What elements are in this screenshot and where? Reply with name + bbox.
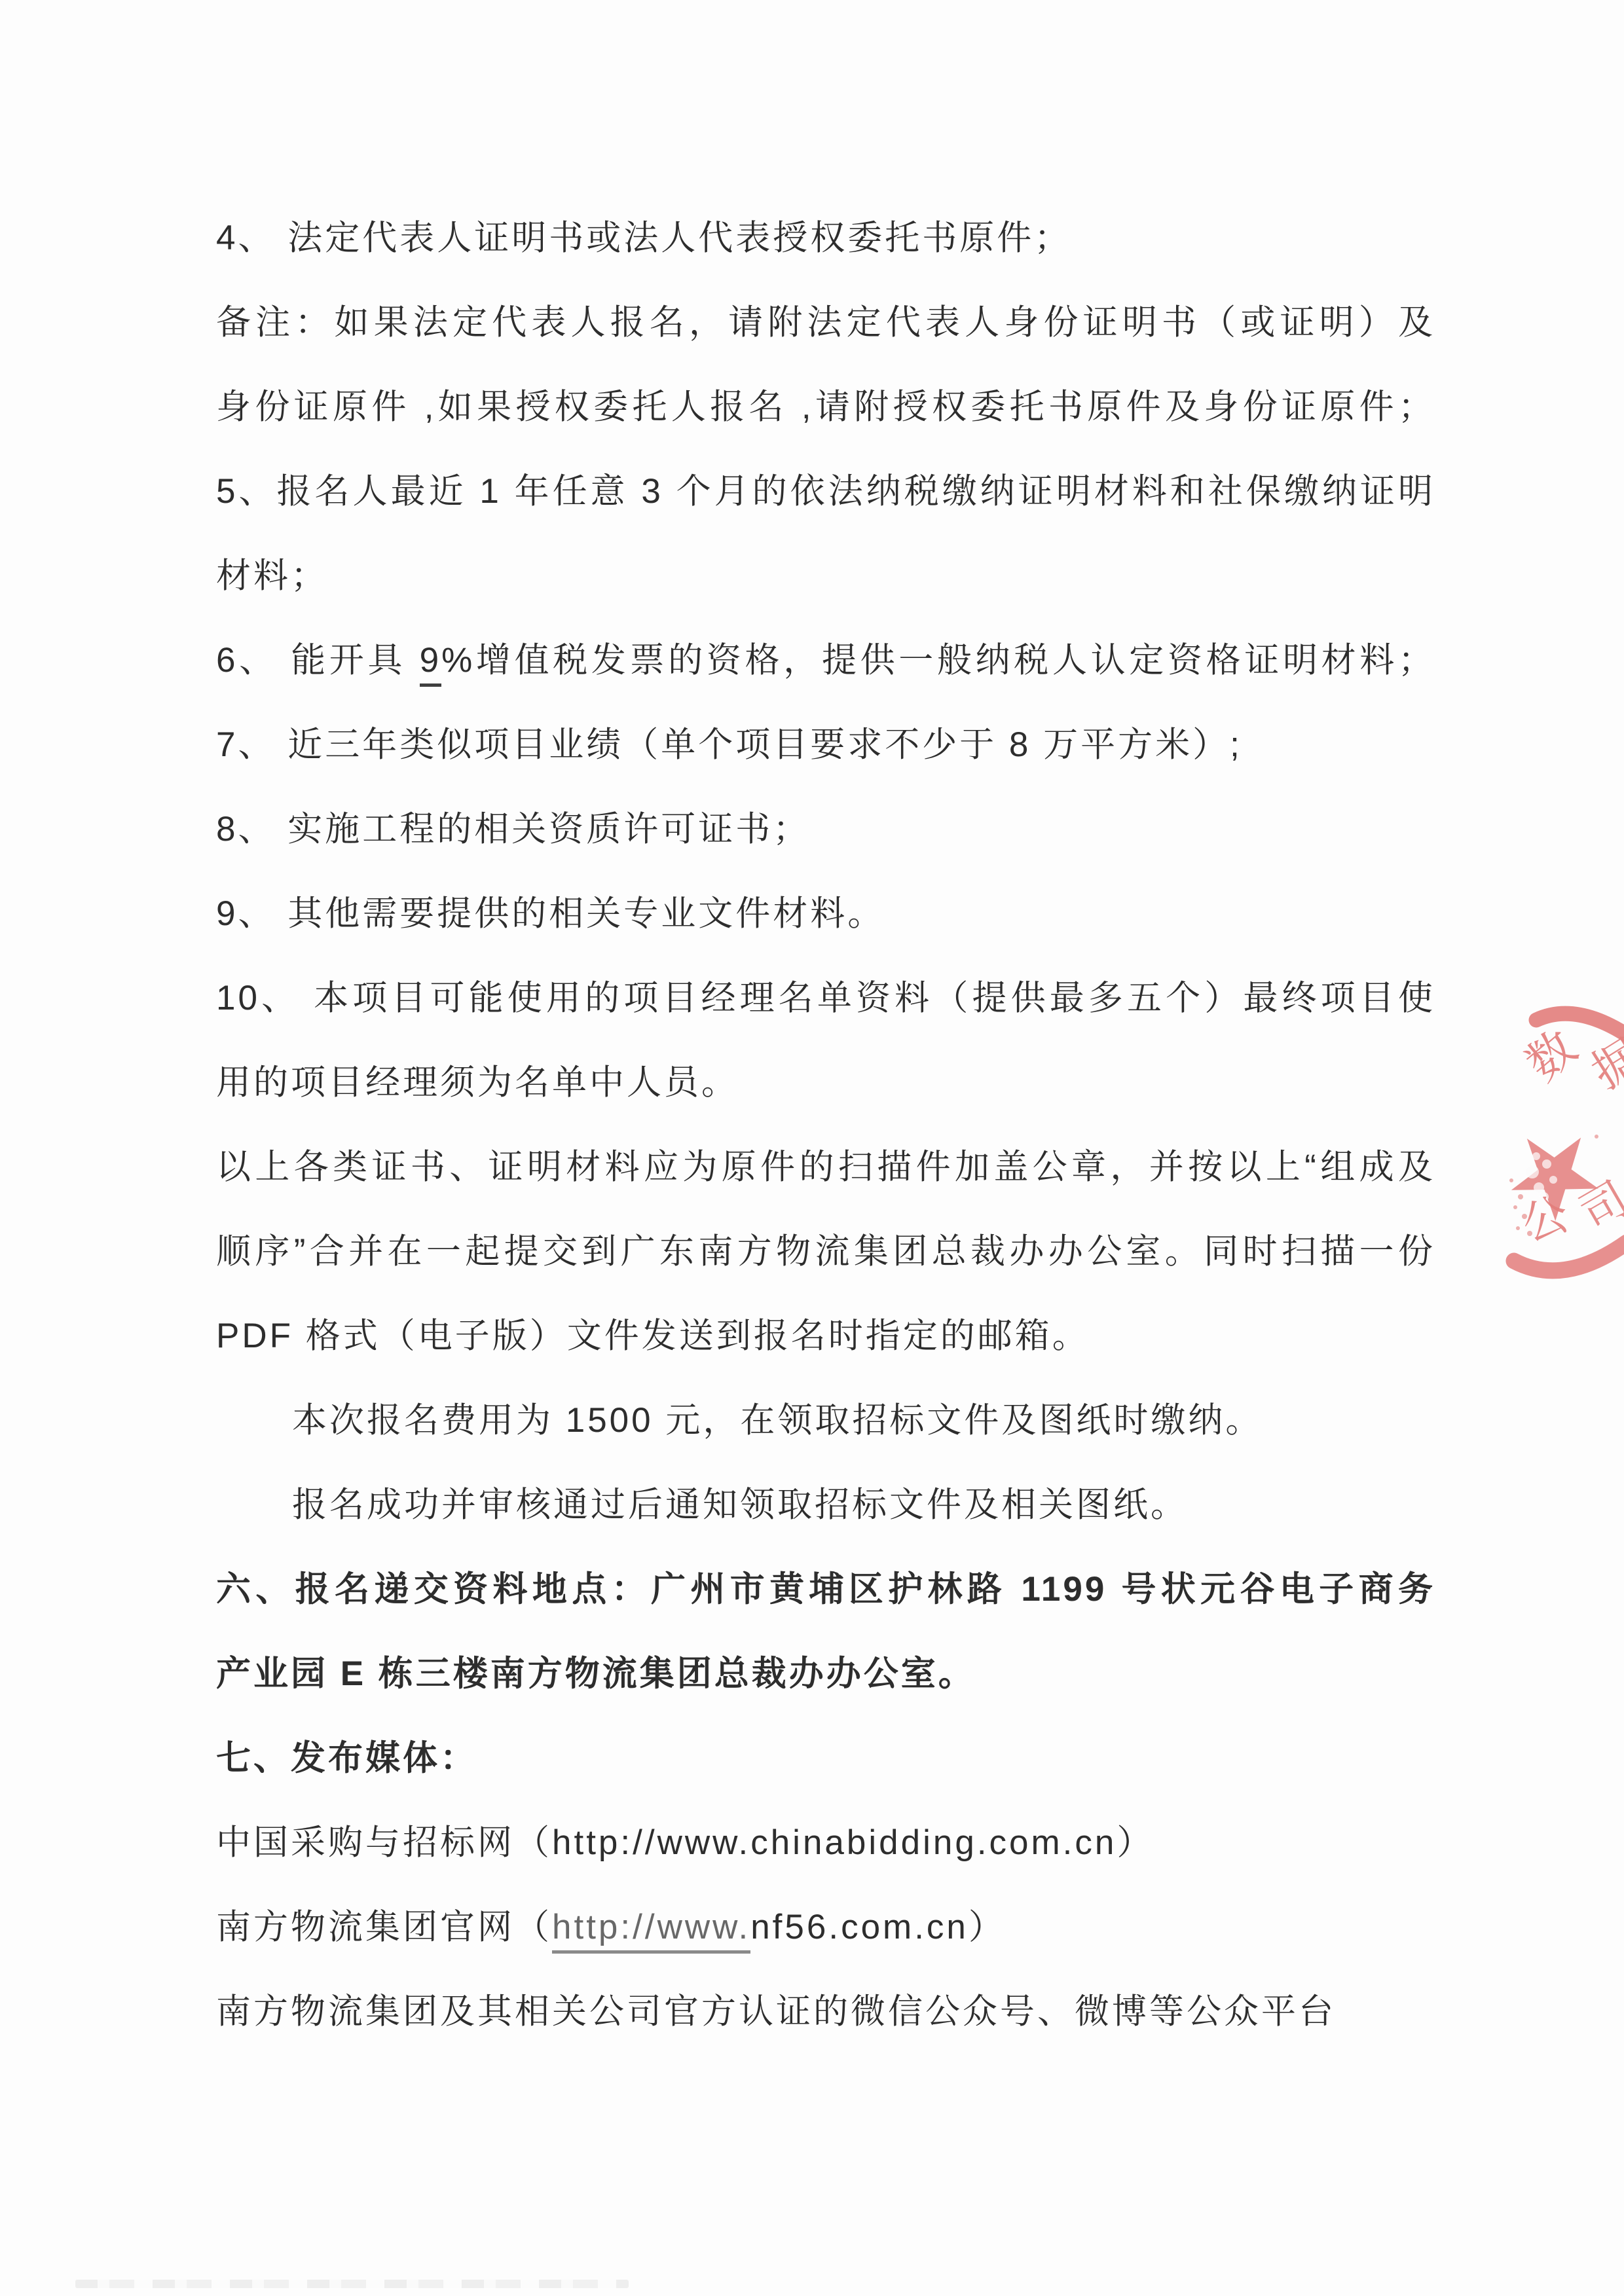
text-line: 4、 法定代表人证明书或法人代表授权委托书原件；: [216, 196, 1435, 280]
text-line: 9、 其他需要提供的相关专业文件材料。: [216, 871, 1435, 956]
text-line: 5、报名人最近 1 年任意 3 个月的依法纳税缴纳证明材料和社保缴纳证明: [216, 449, 1435, 534]
text-line: 报名成功并审核通过后通知领取招标文件及相关图纸。: [216, 1463, 1435, 1547]
text-segment: 5、报名人最近 1 年任意 3 个月的依法纳税缴纳证明材料和社保缴纳证明: [216, 472, 1435, 511]
text-line: 南方物流集团及其相关公司官方认证的微信公众号、微博等公众平台: [216, 1969, 1435, 2054]
text-segment: 身份证原件 ,如果授权委托人报名 ,请附授权委托书原件及身份证原件；: [216, 388, 1435, 426]
text-line: 8、 实施工程的相关资质许可证书；: [216, 787, 1435, 871]
text-segment: 六、报名递交资料地点：广州市黄埔区护林路 1199 号状元谷电子商务: [216, 1570, 1435, 1609]
text-segment: 顺序”合并在一起提交到广东南方物流集团总裁办办公室。同时扫描一份: [216, 1232, 1435, 1271]
text-segment: PDF 格式（电子版）文件发送到报名时指定的邮箱。: [216, 1317, 1090, 1355]
text-segment: 9、 其他需要提供的相关专业文件材料。: [216, 894, 885, 933]
text-segment: 4、 法定代表人证明书或法人代表授权委托书原件；: [216, 219, 1071, 257]
text-line: 顺序”合并在一起提交到广东南方物流集团总裁办办公室。同时扫描一份: [216, 1209, 1435, 1294]
text-line: 六、报名递交资料地点：广州市黄埔区护林路 1199 号状元谷电子商务: [216, 1547, 1435, 1631]
text-segment: 中国采购与招标网（http://www.chinabidding.com.cn）: [216, 1823, 1154, 1862]
text-line: 以上各类证书、证明材料应为原件的扫描件加盖公章，并按以上“组成及: [216, 1125, 1435, 1209]
text-line: 备注：如果法定代表人报名，请附法定代表人身份证明书（或证明）及: [216, 280, 1435, 365]
scan-edge-artifact: [75, 2280, 629, 2288]
text-line: PDF 格式（电子版）文件发送到报名时指定的邮箱。: [216, 1294, 1435, 1378]
text-segment: 8、 实施工程的相关资质许可证书；: [216, 810, 810, 848]
text-segment: 用的项目经理须为名单中人员。: [216, 1063, 739, 1102]
text-segment: %增值税发票的资格，提供一般纳税人认定资格证明材料；: [441, 641, 1435, 680]
text-segment: nf56.com.cn）: [750, 1908, 1006, 1946]
text-segment: 备注：如果法定代表人报名，请附法定代表人身份证明书（或证明）及: [216, 303, 1435, 342]
seal-character-bottom: 公: [1515, 1188, 1575, 1250]
text-segment: 本次报名费用为 1500 元，在领取招标文件及图纸时缴纳。: [292, 1401, 1263, 1440]
text-segment: 以上各类证书、证明材料应为原件的扫描件加盖公章，并按以上“组成及: [216, 1148, 1435, 1186]
underlined-text: 9: [420, 641, 441, 687]
text-segment: 7、 近三年类似项目业绩（单个项目要求不少于 8 万平方米）;: [216, 725, 1242, 764]
text-segment: 南方物流集团及其相关公司官方认证的微信公众号、微博等公众平台: [216, 1992, 1336, 2031]
text-line: 7、 近三年类似项目业绩（单个项目要求不少于 8 万平方米）;: [216, 702, 1435, 787]
text-segment: 南方物流集团官网（: [216, 1908, 552, 1946]
text-line: 6、 能开具 9%增值税发票的资格，提供一般纳税人认定资格证明材料；: [216, 618, 1435, 702]
text-segment: 10、 本项目可能使用的项目经理名单资料（提供最多五个）最终项目使: [216, 979, 1435, 1017]
text-line: 10、 本项目可能使用的项目经理名单资料（提供最多五个）最终项目使: [216, 956, 1435, 1040]
text-line: 七、发布媒体：: [216, 1716, 1435, 1800]
text-segment: 七、发布媒体：: [216, 1739, 477, 1777]
text-segment: 材料；: [216, 556, 328, 595]
text-line: 本次报名费用为 1500 元，在领取招标文件及图纸时缴纳。: [216, 1378, 1435, 1463]
text-segment: 6、 能开具: [216, 641, 420, 680]
text-segment: 报名成功并审核通过后通知领取招标文件及相关图纸。: [292, 1485, 1188, 1524]
hyperlink[interactable]: http://www.: [552, 1908, 750, 1954]
text-line: 中国采购与招标网（http://www.chinabidding.com.cn）: [216, 1800, 1435, 1885]
text-segment: 产业园 E 栋三楼南方物流集团总裁办办公室。: [216, 1654, 976, 1693]
text-line: 南方物流集团官网（http://www.nf56.com.cn）: [216, 1885, 1435, 1969]
seal-character-top: 数: [1517, 1021, 1587, 1091]
seal-character-top-partial: 据: [1583, 1030, 1624, 1099]
text-line: 产业园 E 栋三楼南方物流集团总裁办办公室。: [216, 1631, 1435, 1716]
text-line: 用的项目经理须为名单中人员。: [216, 1040, 1435, 1125]
company-seal-stamp: 数 据 公 司: [1498, 1000, 1624, 1303]
text-line: 身份证原件 ,如果授权委托人报名 ,请附授权委托书原件及身份证原件；: [216, 365, 1435, 449]
text-line: 材料；: [216, 534, 1435, 618]
document-body: 4、 法定代表人证明书或法人代表授权委托书原件；备注：如果法定代表人报名，请附法…: [216, 0, 1435, 2054]
